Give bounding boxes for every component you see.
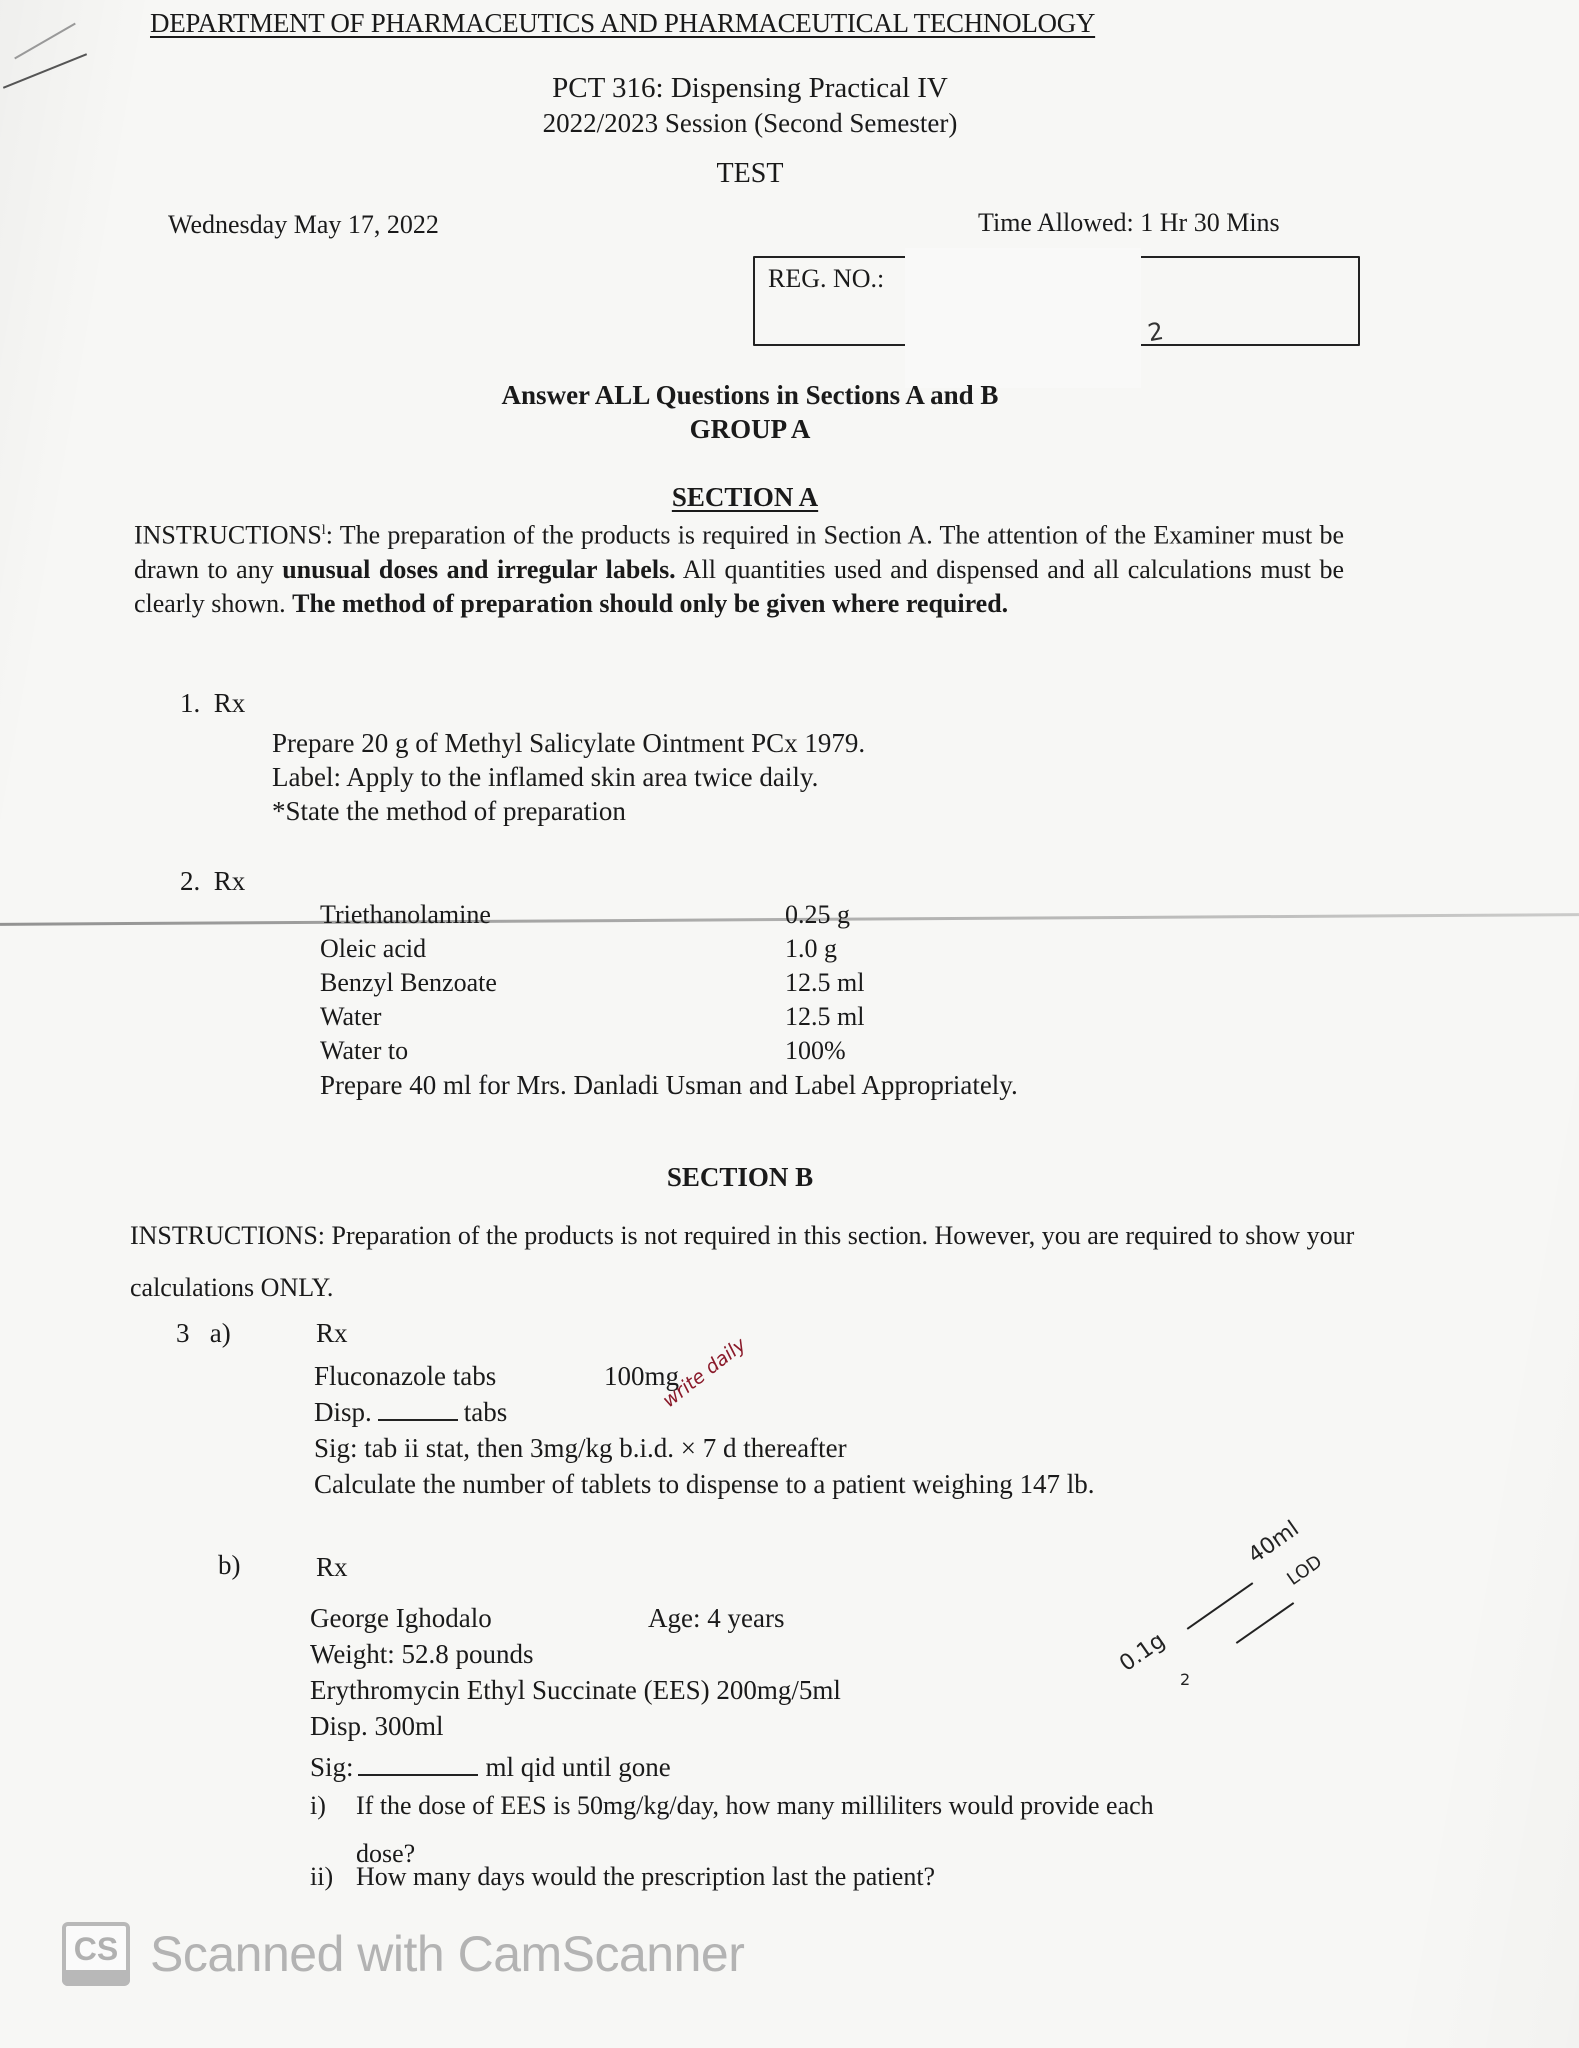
patient-name: George Ighodalo xyxy=(310,1600,648,1636)
ingredient-list: Triethanolamine0.25 g Oleic acid1.0 g Be… xyxy=(320,898,985,1068)
ingredient-qty: 12.5 ml xyxy=(785,966,985,1000)
time-allowed: Time Allowed: 1 Hr 30 Mins xyxy=(978,208,1280,238)
drug-name: Fluconazole tabs xyxy=(314,1358,604,1394)
ingredient-row: Water12.5 ml xyxy=(320,1000,985,1034)
disp-suffix: tabs xyxy=(464,1397,508,1427)
sig-blank[interactable] xyxy=(358,1774,478,1776)
question-2-header: 2. Rx xyxy=(180,866,245,897)
drug-name: Erythromycin Ethyl Succinate (EES) 200mg… xyxy=(310,1672,841,1708)
exam-type: TEST xyxy=(0,158,1500,190)
handwritten-stroke xyxy=(1187,1582,1254,1630)
exam-page: DEPARTMENT OF PHARMACEUTICS AND PHARMACE… xyxy=(0,0,1579,2048)
answer-instruction: Answer ALL Questions in Sections A and B xyxy=(0,380,1500,411)
ingredient-row: Triethanolamine0.25 g xyxy=(320,898,985,932)
question-part: a) xyxy=(210,1318,231,1348)
group-label: GROUP A xyxy=(0,414,1500,445)
rx-symbol: Rx xyxy=(214,866,246,896)
section-b-instructions: INSTRUCTIONS: Preparation of the product… xyxy=(130,1210,1360,1314)
sub-question-text: How many days would the prescription las… xyxy=(356,1862,935,1891)
ingredient-name: Water to xyxy=(320,1034,785,1068)
handwritten-value: 40ml xyxy=(1244,1516,1304,1568)
ingredient-name: Triethanolamine xyxy=(320,898,785,932)
handwritten-value: LOD xyxy=(1283,1551,1326,1590)
handwritten-value: 0.1g xyxy=(1115,1628,1169,1677)
ingredient-name: Benzyl Benzoate xyxy=(320,966,785,1000)
question-number: 3 xyxy=(176,1318,190,1348)
ingredient-name: Oleic acid xyxy=(320,932,785,966)
patient-age: Age: 4 years xyxy=(648,1600,784,1636)
question-3b-part: b) xyxy=(218,1550,241,1581)
disp-line: Disp. 300ml xyxy=(310,1708,841,1744)
camscanner-watermark: CS Scanned with CamScanner xyxy=(62,1922,744,1986)
ingredient-qty: 0.25 g xyxy=(785,898,985,932)
question-number: 2. xyxy=(180,866,200,896)
q3a-question: Calculate the number of tablets to dispe… xyxy=(314,1466,1095,1502)
sig-suffix: ml qid until gone xyxy=(486,1752,671,1782)
ingredient-row: Water to100% xyxy=(320,1034,985,1068)
question-1-body: Prepare 20 g of Methyl Salicylate Ointme… xyxy=(272,726,865,828)
ingredient-row: Oleic acid1.0 g xyxy=(320,932,985,966)
question-1-header: 1. Rx xyxy=(180,688,245,719)
rx-symbol: Rx xyxy=(316,1318,348,1349)
disp-blank[interactable] xyxy=(378,1419,458,1421)
instructions-bold-2: The method of preparation should only be… xyxy=(292,589,1008,618)
ingredient-name: Water xyxy=(320,1000,785,1034)
section-a-instructions: INSTRUCTIONSl: The preparation of the pr… xyxy=(134,514,1344,621)
watermark-text: Scanned with CamScanner xyxy=(150,1925,744,1983)
ingredient-qty: 12.5 ml xyxy=(785,1000,985,1034)
section-a-title: SECTION A xyxy=(0,482,1490,513)
ingredient-qty: 100% xyxy=(785,1034,985,1068)
q1-line: Prepare 20 g of Methyl Salicylate Ointme… xyxy=(272,726,865,760)
sig-prefix: Sig: xyxy=(310,1752,354,1782)
patient-line: George IghodaloAge: 4 years xyxy=(310,1600,841,1636)
q1-note-line: *State the method of preparation xyxy=(272,794,865,828)
question-number: 1. xyxy=(180,688,200,718)
sub-question-text: If the dose of EES is 50mg/kg/day, how m… xyxy=(356,1791,1154,1820)
question-3a-number: 3 a) xyxy=(176,1318,231,1349)
rx-symbol: Rx xyxy=(316,1552,348,1583)
reg-no-redaction xyxy=(905,248,1141,388)
sig-line: Sig: tab ii stat, then 3mg/kg b.i.d. × 7… xyxy=(314,1430,1095,1466)
exam-date: Wednesday May 17, 2022 xyxy=(168,210,439,240)
course-title: PCT 316: Dispensing Practical IV xyxy=(0,72,1500,105)
department-title: DEPARTMENT OF PHARMACEUTICS AND PHARMACE… xyxy=(150,8,1095,39)
instructions-prefix: INSTRUCTIONS xyxy=(134,521,322,550)
question-3b-body: George IghodaloAge: 4 years Weight: 52.8… xyxy=(310,1600,841,1744)
q1-label-line: Label: Apply to the inflamed skin area t… xyxy=(272,760,865,794)
scan-corner-mark xyxy=(14,23,76,60)
q2-instruction: Prepare 40 ml for Mrs. Danladi Usman and… xyxy=(320,1070,1018,1101)
disp-prefix: Disp. xyxy=(314,1397,372,1427)
ingredient-row: Benzyl Benzoate12.5 ml xyxy=(320,966,985,1000)
instructions-bold-1: unusual doses and irregular labels. xyxy=(282,555,675,584)
patient-weight: Weight: 52.8 pounds xyxy=(310,1636,841,1672)
camscanner-logo-icon: CS xyxy=(62,1922,130,1986)
session-label: 2022/2023 Session (Second Semester) xyxy=(0,108,1500,139)
sub-question-label: i) xyxy=(310,1782,356,1830)
disp-line: Disp.tabs xyxy=(314,1394,1095,1430)
section-b-title: SECTION B xyxy=(0,1162,1480,1193)
ingredient-qty: 1.0 g xyxy=(785,932,985,966)
sig-line: Sig:ml qid until gone xyxy=(310,1752,671,1783)
rx-symbol: Rx xyxy=(214,688,246,718)
sub-question-label: ii) xyxy=(310,1862,356,1892)
handwritten-value: 2 xyxy=(1180,1670,1190,1689)
sub-question-ii: ii)How many days would the prescription … xyxy=(310,1862,935,1892)
reg-no-label: REG. NO.: xyxy=(768,264,884,294)
handwritten-stroke xyxy=(1236,1602,1294,1644)
